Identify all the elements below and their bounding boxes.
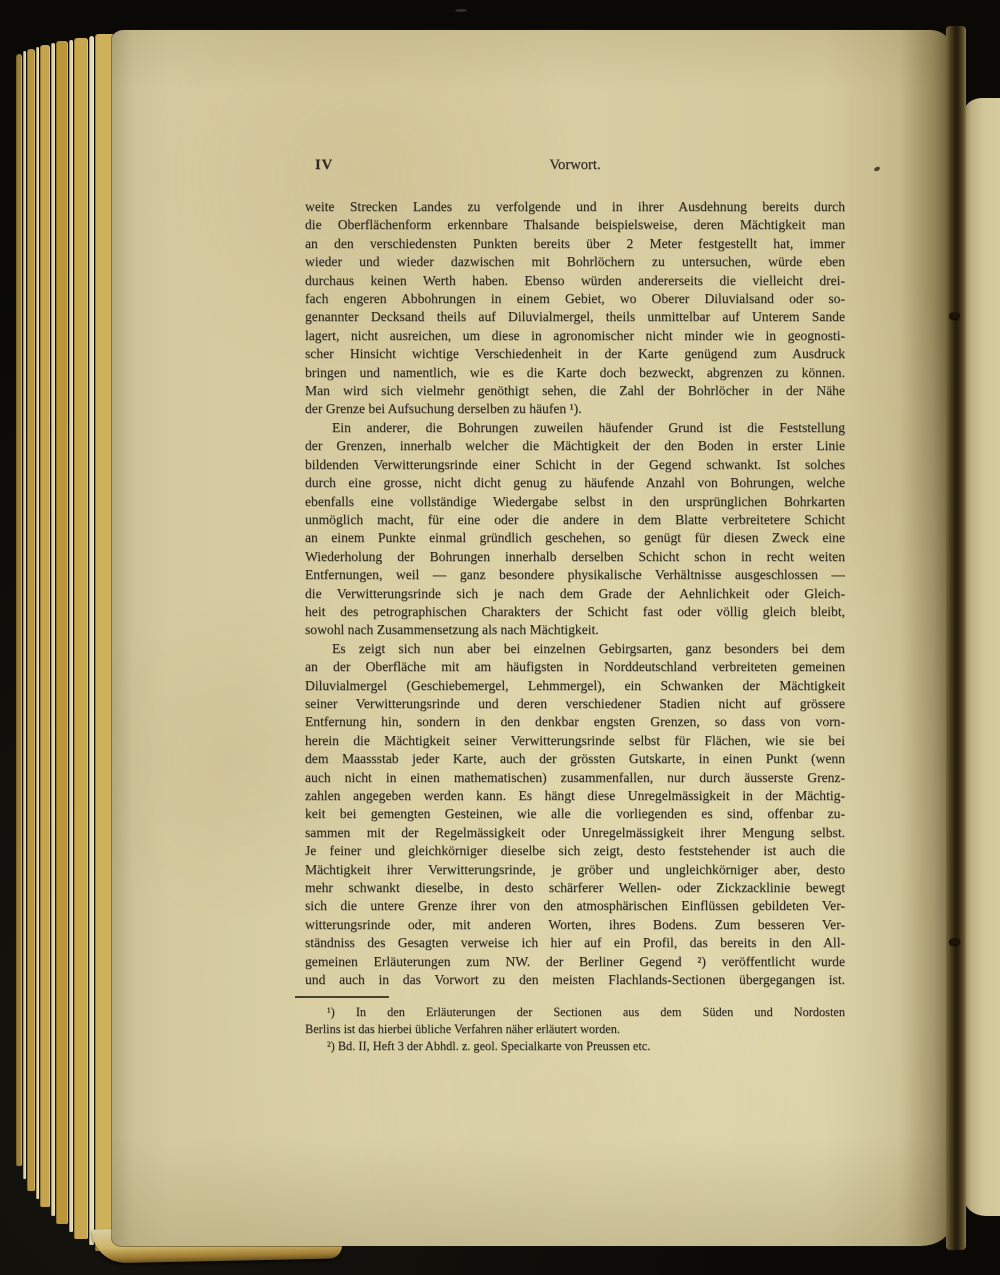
text-line: zahlen angegeben werden kann. Es hängt d…: [305, 787, 845, 805]
text-line: an den verschiedensten Punkten bereits ü…: [305, 235, 845, 253]
page-edge: [36, 47, 39, 1199]
text-line: ständniss des Gesagten verweise ich hier…: [305, 934, 845, 952]
text-line: an der Oberfläche mit am häufigsten in N…: [305, 658, 845, 676]
text-line: weite Strecken Landes zu verfolgende und…: [305, 198, 845, 216]
text-line: Entfernungen, weil — ganz besondere phys…: [305, 566, 845, 584]
text-line: Entfernung hin, sondern in den denkbar e…: [305, 713, 845, 731]
text-line: und auch in das Vorwort zu den meisten F…: [305, 971, 845, 989]
text-line: wieder und wieder dazwischen mit Bohrlöc…: [305, 253, 845, 271]
text-line: die Verwitterungsrinde sich je nach dem …: [305, 585, 845, 603]
text-line: witterungsrinde oder, mit anderen Worten…: [305, 916, 845, 934]
footnote: ¹) In den Erläuterungen der Sectionen au…: [305, 1004, 845, 1038]
text-line: Berlins ist das hierbei übliche Verfahre…: [305, 1021, 845, 1038]
page-number: IV: [315, 156, 333, 175]
page-edge: [23, 51, 26, 1179]
text-line: sowohl nach Zusammensetzung als nach Mäc…: [305, 621, 845, 639]
page-edge-stack: [16, 34, 116, 1251]
stitch-mark: [949, 938, 960, 945]
text-line: gemeinen Erläuterungen zum NW. der Berli…: [305, 953, 845, 971]
page-edge: [74, 38, 88, 1239]
page-edge: [16, 54, 22, 1166]
text-line: unmöglich macht, für eine oder die ander…: [305, 511, 845, 529]
page-edge: [51, 43, 55, 1216]
text-line: Es zeigt sich nun aber bei einzelnen Geb…: [305, 640, 845, 658]
footnote: ²) Bd. II, Heft 3 der Abhdl. z. geol. Sp…: [305, 1038, 845, 1055]
text-line: Ein anderer, die Bohrungen zuweilen häuf…: [305, 419, 845, 437]
text-line: lagert, nicht ausreichen, um diese in ag…: [305, 327, 845, 345]
text-line: ¹) In den Erläuterungen der Sectionen au…: [305, 1004, 845, 1021]
text-line: mehr schwankt dieselbe, in desto schärfe…: [305, 879, 845, 897]
footnotes-section: ¹) In den Erläuterungen der Sectionen au…: [305, 1004, 845, 1055]
page-edge: [56, 41, 68, 1224]
text-line: ²) Bd. II, Heft 3 der Abhdl. z. geol. Sp…: [305, 1038, 845, 1055]
book-page: IV Vorwort. weite Strecken Landes zu ver…: [112, 30, 950, 1246]
text-line: Man wird sich vielmehr genöthigt sehen, …: [305, 382, 845, 400]
text-line: Mächtigkeit ihrer Verwitterungsrinde, je…: [305, 861, 845, 879]
text-line: sammen mit der Regelmässigkeit oder Unre…: [305, 824, 845, 842]
text-line: scher Hinsicht wichtige Verschiedenheit …: [305, 345, 845, 363]
scan-photo: IV Vorwort. weite Strecken Landes zu ver…: [0, 0, 1000, 1275]
text-line: seiner Verwitterungsrinde und deren vers…: [305, 695, 845, 713]
scan-artifact: [455, 9, 467, 12]
text-line: der Grenzen, innerhalb welcher die Mächt…: [305, 437, 845, 455]
paragraph: Es zeigt sich nun aber bei einzelnen Geb…: [305, 640, 845, 990]
text-line: auch nicht in einen mathematischen) zusa…: [305, 769, 845, 787]
page-header-title: Vorwort.: [305, 156, 845, 175]
text-line: Diluvialmergel (Geschiebemergel, Lehmmer…: [305, 677, 845, 695]
text-line: keit bei gemengten Gesteinen, wie alle d…: [305, 805, 845, 823]
text-line: fach engeren Abbohrungen in einem Gebiet…: [305, 290, 845, 308]
text-line: an einem Punkte einmal gründlich gescheh…: [305, 529, 845, 547]
paragraph: Ein anderer, die Bohrungen zuweilen häuf…: [305, 419, 845, 640]
text-line: heit des petrographischen Charakters der…: [305, 603, 845, 621]
text-line: der Grenze bei Aufsuchung derselben zu h…: [305, 400, 845, 418]
page-edge: [69, 40, 73, 1232]
text-line: sich die untere Grenze ihrer von den atm…: [305, 897, 845, 915]
text-line: ebenfalls eine vollständige Wiedergabe s…: [305, 493, 845, 511]
text-line: durchaus keinen Werth haben. Ebenso würd…: [305, 272, 845, 290]
text-column: IV Vorwort. weite Strecken Landes zu ver…: [305, 30, 845, 1055]
text-line: Wiederholung der Bohrungen innerhalb der…: [305, 548, 845, 566]
facing-page-edge: [964, 98, 1000, 1216]
stitch-mark: [949, 312, 960, 319]
page-edge: [27, 49, 35, 1191]
text-line: bringen und namentlich, wie es die Karte…: [305, 364, 845, 382]
text-line: dem Maassstab jeder Karte, auch der grös…: [305, 750, 845, 768]
page-edge: [89, 36, 94, 1245]
text-line: die Oberflächenform erkennbare Thalsande…: [305, 216, 845, 234]
text-line: durch eine grosse, nicht dicht genug zu …: [305, 474, 845, 492]
paragraph: weite Strecken Landes zu verfolgende und…: [305, 198, 845, 419]
footnote-separator: [295, 996, 389, 998]
page-edge: [40, 45, 50, 1207]
book-gutter: [946, 26, 966, 1250]
page-body: weite Strecken Landes zu verfolgende und…: [305, 198, 845, 989]
page-header: IV Vorwort.: [305, 156, 845, 175]
text-line: Je feiner und gleichkörniger dieselbe si…: [305, 842, 845, 860]
text-line: herein die Mächtigkeit seiner Verwitteru…: [305, 732, 845, 750]
text-line: bildenden Verwitterungsrinde einer Schic…: [305, 456, 845, 474]
text-line: genannter Decksand theils auf Diluvialme…: [305, 308, 845, 326]
